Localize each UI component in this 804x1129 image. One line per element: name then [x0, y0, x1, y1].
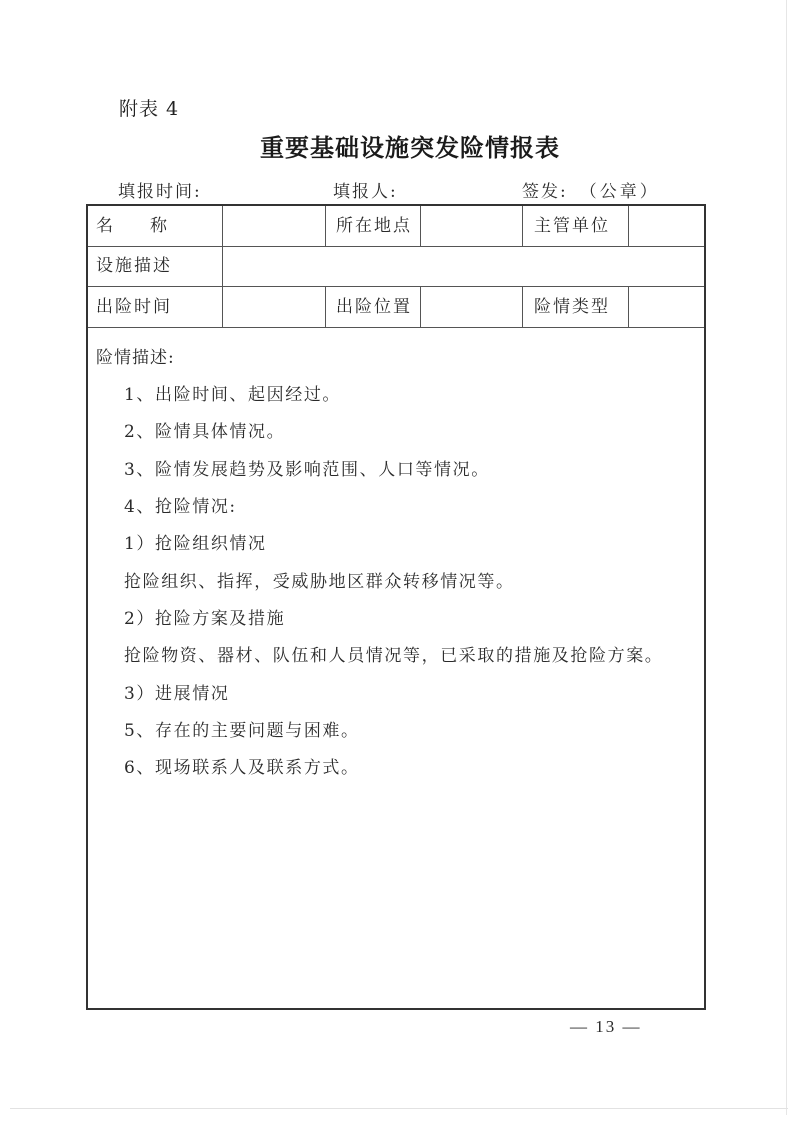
location-field[interactable] — [421, 206, 522, 246]
column-divider — [325, 206, 326, 246]
hazard-type-field[interactable] — [629, 287, 704, 327]
description-item: 6、现场联系人及联系方式。 — [124, 753, 360, 778]
incident-report-form: 名 称 所在地点 主管单位 设施描述 出险时间 出险位置 险情类型 险情描述: … — [86, 204, 706, 1010]
incident-time-field[interactable] — [223, 287, 325, 327]
incident-position-label: 出险位置 — [336, 297, 412, 317]
incident-position-field[interactable] — [421, 287, 522, 327]
row-divider — [88, 327, 704, 328]
row-divider — [88, 286, 704, 287]
hazard-type-label: 险情类型 — [534, 297, 610, 317]
fill-time-label: 填报时间: — [118, 177, 202, 202]
filler-label: 填报人: — [333, 177, 398, 202]
description-item: 1）抢险组织情况 — [124, 529, 267, 554]
hazard-description-heading: 险情描述: — [96, 343, 175, 368]
facility-description-field[interactable] — [223, 247, 704, 286]
description-item: 抢险物资、器材、队伍和人员情况等，已采取的措施及抢险方案。 — [124, 641, 663, 666]
description-item: 3、险情发展趋势及影响范围、人口等情况。 — [124, 455, 490, 480]
seal-label: （公章） — [580, 182, 660, 202]
description-item: 2）抢险方案及措施 — [124, 604, 285, 629]
page-edge — [786, 0, 787, 1115]
page-edge — [10, 1108, 788, 1109]
sign-off: 签发:（公章） — [522, 177, 660, 202]
location-label: 所在地点 — [336, 216, 412, 236]
incident-time-label: 出险时间 — [96, 297, 172, 317]
page-number: — 13 — — [570, 1017, 642, 1037]
description-item: 抢险组织、指挥，受威胁地区群众转移情况等。 — [124, 567, 515, 592]
name-field[interactable] — [223, 206, 325, 246]
column-divider — [522, 206, 523, 246]
appendix-label: 附表 4 — [119, 94, 179, 121]
authority-label: 主管单位 — [534, 216, 610, 236]
column-divider — [325, 286, 326, 327]
description-item: 3）进展情况 — [124, 679, 229, 704]
name-label: 名 称 — [96, 216, 168, 236]
facility-description-label: 设施描述 — [96, 256, 172, 276]
description-item: 2、险情具体情况。 — [124, 417, 285, 442]
description-item: 1、出险时间、起因经过。 — [124, 380, 341, 405]
authority-field[interactable] — [629, 206, 704, 246]
description-item: 4、抢险情况: — [124, 492, 237, 517]
sign-label: 签发: — [522, 182, 568, 202]
description-item: 5、存在的主要问题与困难。 — [124, 716, 360, 741]
column-divider — [522, 286, 523, 327]
page-title: 重要基础设施突发险情报表 — [0, 128, 804, 163]
